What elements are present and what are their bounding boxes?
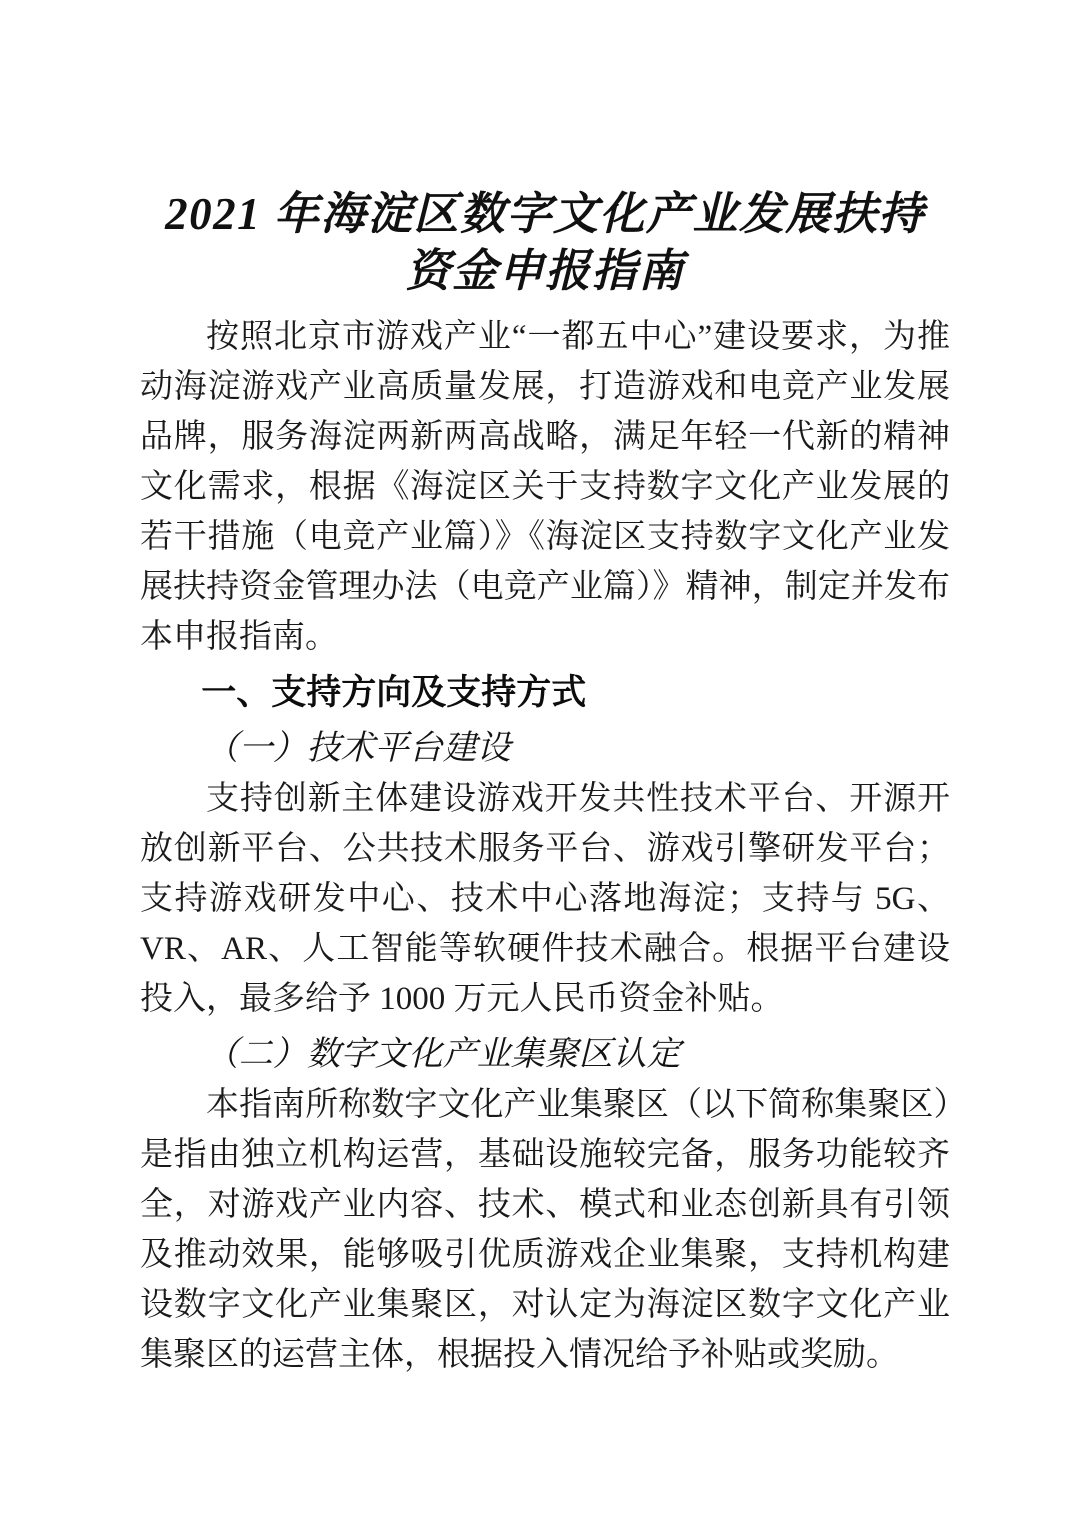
section-1-heading: 一、支持方向及支持方式 (140, 668, 950, 718)
intro-paragraph: 按照北京市游戏产业“一都五中心”建设要求，为推动海淀游戏产业高质量发展，打造游戏… (140, 312, 950, 662)
subsection-1-body: 支持创新主体建设游戏开发共性技术平台、开源开放创新平台、公共技术服务平台、游戏引… (140, 774, 950, 1024)
document-title: 2021 年海淀区数字文化产业发展扶持 资金申报指南 (140, 186, 950, 300)
document-page: 2021 年海淀区数字文化产业发展扶持 资金申报指南 按照北京市游戏产业“一都五… (0, 0, 1080, 1527)
subsection-1-heading: （一）技术平台建设 (140, 724, 950, 774)
subsection-2-body: 本指南所称数字文化产业集聚区（以下简称集聚区）是指由独立机构运营，基础设施较完备… (140, 1080, 950, 1380)
document-title-line-2: 资金申报指南 (140, 243, 950, 300)
document-title-line-1: 2021 年海淀区数字文化产业发展扶持 (140, 186, 950, 243)
subsection-2-heading: （二）数字文化产业集聚区认定 (140, 1030, 950, 1080)
